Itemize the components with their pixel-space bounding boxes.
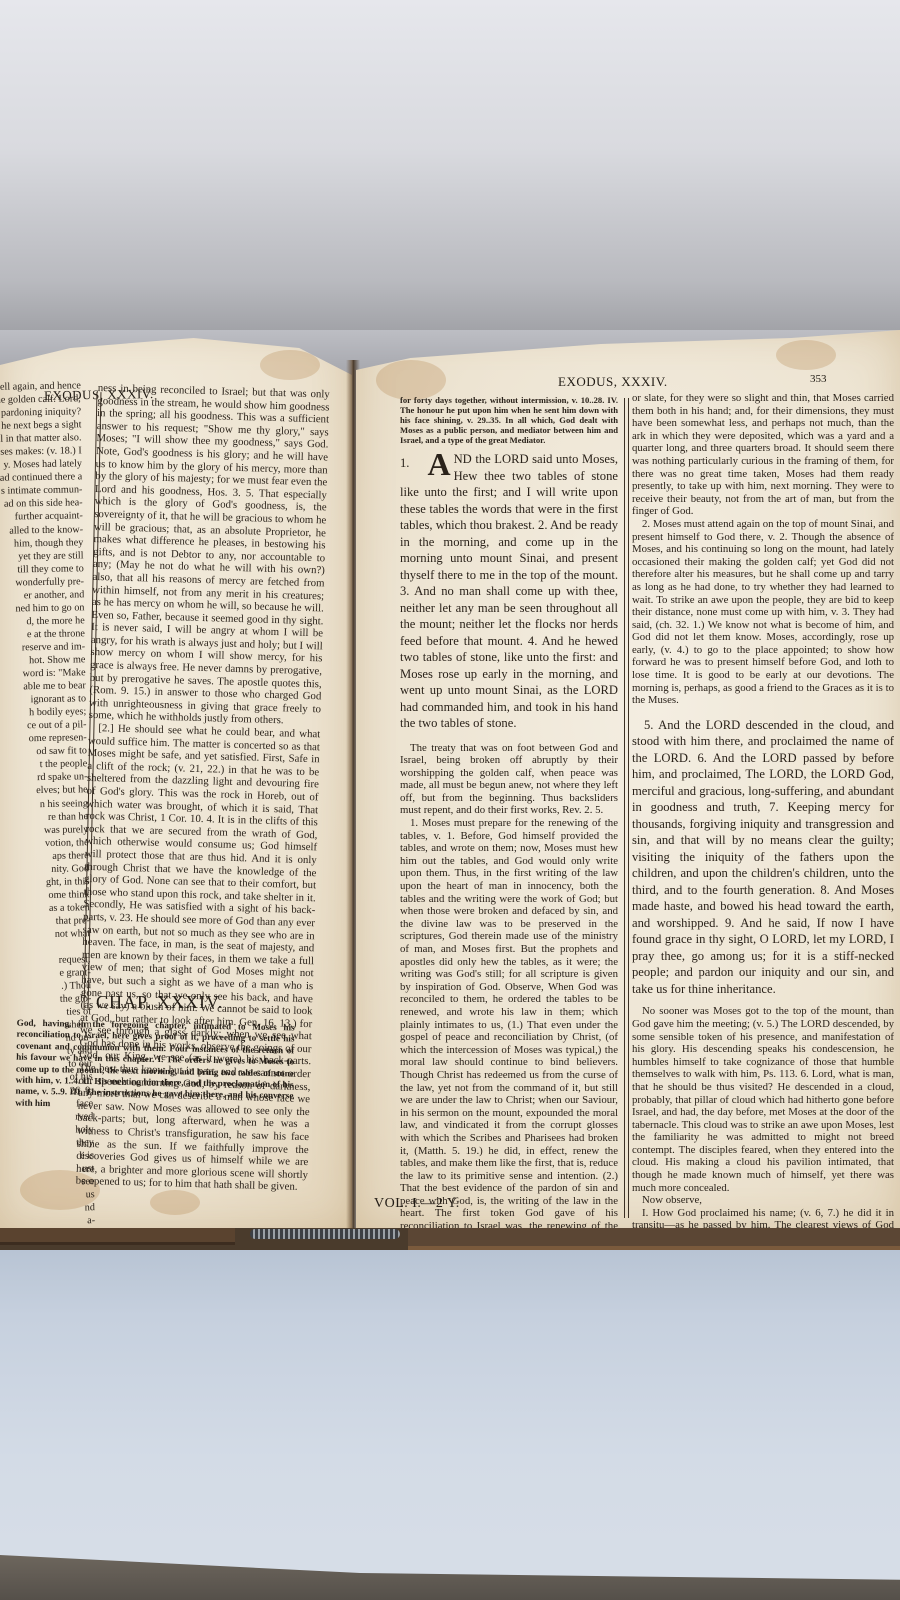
cover-edge-left <box>0 1228 235 1245</box>
outer-column-line: was purely <box>0 823 88 838</box>
verse-number: 1. <box>400 455 409 472</box>
commentary-paragraph: No sooner was Moses got to the top of th… <box>632 1005 894 1194</box>
outer-column-line: alled to the know- <box>0 523 83 538</box>
commentary-paragraph: [2.] He should see what he could bear, a… <box>75 722 320 1194</box>
commentary-paragraph: I. How God proclaimed his name; (v. 6, 7… <box>632 1207 894 1228</box>
commentary-paragraph: or slate, for they were so slight and th… <box>632 392 894 518</box>
outer-column-line: aps there <box>1 849 89 864</box>
outer-column-line: wonderfully pre- <box>0 575 84 590</box>
outer-column-line: ght, in this <box>1 875 89 890</box>
foxing-stain <box>776 340 836 370</box>
left-page: EXODUS, XXXIV. well again, and hence-he … <box>0 330 352 1228</box>
outer-column-line: votion, the <box>0 836 88 851</box>
commentary-paragraph: 1. Moses must prepare for the renewing o… <box>400 817 618 1228</box>
outer-column-line: er another, and <box>0 588 84 603</box>
commentary-paragraph: ness in being reconciled to Israel; but … <box>89 382 330 728</box>
foxing-stain <box>150 1190 200 1215</box>
scripture-column: for forty days together, without intermi… <box>400 395 618 1228</box>
book-binding <box>0 1228 900 1250</box>
verse-text: ND the LORD said unto Moses, Hew thee tw… <box>400 452 618 730</box>
summary-continuation: for forty days together, without intermi… <box>400 395 618 445</box>
table-surface <box>0 1245 900 1600</box>
outer-column-line: not what <box>2 927 90 942</box>
chapter-heading: CHAP. XXXIV. <box>96 992 223 1013</box>
outer-column-line: a- <box>7 1214 95 1228</box>
spine-headband <box>250 1229 400 1239</box>
photo-scene: EXODUS, XXXIV. well again, and hence-he … <box>0 0 900 1600</box>
outer-column-line: him, though they <box>0 536 83 551</box>
outer-column-line: elves; but he <box>0 784 88 799</box>
drop-cap: A <box>427 451 450 477</box>
outer-column-line: nity. God <box>1 862 89 877</box>
verses-5-9: 5. And the LORD descended in the cloud, … <box>632 717 894 998</box>
right-page: EXODUS, XXXIV. 353 for forty days togeth… <box>356 330 900 1228</box>
running-head: EXODUS, XXXIV. <box>558 374 668 390</box>
foxing-stain <box>260 350 320 380</box>
outer-column-line: re than he <box>0 810 88 825</box>
commentary-column: or slate, for they were so slight and th… <box>632 392 894 1228</box>
commentary-paragraph: 2. Moses must attend again on the top of… <box>632 518 894 707</box>
foxing-stain <box>376 360 446 400</box>
outer-column-line: till they come to <box>0 562 84 577</box>
page-number: 353 <box>810 373 827 385</box>
outer-column-line: yet they are still <box>0 549 84 564</box>
column-rule <box>624 398 629 1218</box>
chapter-summary: God, having, in the foregoing chapter, i… <box>15 1018 295 1114</box>
outer-column-line: n his seeing <box>0 797 88 812</box>
commentary-paragraph: The treaty that was on foot between God … <box>400 742 618 818</box>
verses-1-4: 1.AND the LORD said unto Moses, Hew thee… <box>400 451 618 732</box>
cover-edge-right <box>408 1228 900 1250</box>
commentary-paragraph: Now observe, <box>632 1194 894 1207</box>
signature-mark: VOL. I.—2 Y. <box>374 1196 460 1212</box>
outer-column-line: further acquaint- <box>0 510 83 525</box>
backdrop-wall <box>0 0 900 330</box>
